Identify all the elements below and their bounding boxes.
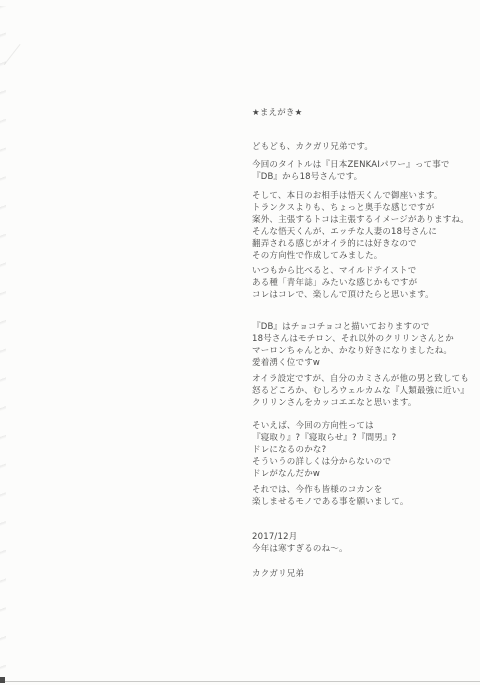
scan-edge-artifacts <box>0 6 6 674</box>
text-line: 案外、主張するトコは主張するイメージがありますね。 <box>252 214 467 226</box>
text-line: 『DB』から18号さんです。 <box>252 171 467 183</box>
scanned-preface-page: ★まえがき★ どもども、カクガリ兄弟です。 今回のタイトルは『日本ZENKAIパ… <box>0 0 480 685</box>
text-line: その方向性で作成してみました。 <box>252 250 467 262</box>
text-line: 18号さんはモチロン、それ以外のクリリンさんとか <box>252 333 467 345</box>
date-line: 2017/12月 <box>252 531 467 543</box>
text-line: それでは、今作も皆様のコカンを <box>252 484 467 496</box>
paragraph-greeting: どもども、カクガリ兄弟です。 <box>252 141 467 153</box>
text-line: 楽しませるモノである事を願いまして。 <box>252 496 467 508</box>
text-line: そいえば、今回の方向性っては <box>252 420 467 432</box>
scan-bottom-line <box>0 681 480 682</box>
text-line: 『DB』はチョコチョコと描いておりますので <box>252 321 467 333</box>
text-line: マーロンちゃんとか、かなり好きになりましたね。 <box>252 345 467 357</box>
text-line: 今年は寒すぎるのね〜。 <box>252 543 467 555</box>
scan-smudge <box>4 44 48 86</box>
scan-artifact-mark <box>0 677 5 683</box>
text-line: そんな悟天くんが、エッチな人妻の18号さんに <box>252 226 467 238</box>
paragraph-title-intro: 今回のタイトルは『日本ZENKAIパワー』って事で 『DB』から18号さんです。 <box>252 159 467 183</box>
text-line: 今回のタイトルは『日本ZENKAIパワー』って事で <box>252 159 467 171</box>
text-line: トランクスよりも、ちょっと奥手な感じですが <box>252 202 467 214</box>
paragraph-setting: オイラ設定ですが、自分のカミさんが他の男と致しても 怒るどころか、むしろウェルカ… <box>252 373 467 409</box>
text-line: いつもから比べると、マイルドテイストで <box>252 265 467 277</box>
paragraph-closing: それでは、今作も皆様のコカンを 楽しませるモノである事を願いまして。 <box>252 484 467 508</box>
text-line: クリリンさんをカッコエエなと思います。 <box>252 397 467 409</box>
text-line: ある種「青年誌」みたいな感じかもですが <box>252 277 467 289</box>
text-line: ドレになるのかな? <box>252 444 467 456</box>
text-line: ドレがなんだかw <box>252 468 467 480</box>
text-line: 怒るどころか、むしろウェルカムな『人類最強に近い』 <box>252 385 467 397</box>
text-line: オイラ設定ですが、自分のカミさんが他の男と致しても <box>252 373 467 385</box>
text-line: 翻弄される感じがオイラ的には好きなので <box>252 238 467 250</box>
text-line: そして、本日のお相手は悟天くんで御座います。 <box>252 190 467 202</box>
signature-line: カクガリ兄弟 <box>252 568 467 580</box>
text-line: どもども、カクガリ兄弟です。 <box>252 141 467 153</box>
text-line: コレはコレで、楽しんで頂けたらと思います。 <box>252 289 467 301</box>
paragraph-signature: カクガリ兄弟 <box>252 568 467 580</box>
paragraph-tone: いつもから比べると、マイルドテイストで ある種「青年誌」みたいな感じかもですが … <box>252 265 467 301</box>
preface-text-column: ★まえがき★ どもども、カクガリ兄弟です。 今回のタイトルは『日本ZENKAIパ… <box>252 107 467 580</box>
paragraph-date: 2017/12月 今年は寒すぎるのね〜。 <box>252 531 467 555</box>
text-line: 『寝取り』?『寝取らせ』?『間男』? <box>252 432 467 444</box>
paragraph-pairing: そして、本日のお相手は悟天くんで御座います。 トランクスよりも、ちょっと奥手な感… <box>252 190 467 262</box>
paragraph-genre: そいえば、今回の方向性っては 『寝取り』?『寝取らせ』?『間男』? ドレになるの… <box>252 420 467 480</box>
text-line: そういうの詳しくは分からないので <box>252 456 467 468</box>
paragraph-characters: 『DB』はチョコチョコと描いておりますので 18号さんはモチロン、それ以外のクリ… <box>252 321 467 369</box>
preface-title: ★まえがき★ <box>252 107 467 119</box>
text-line: 愛着湧く位ですw <box>252 357 467 369</box>
